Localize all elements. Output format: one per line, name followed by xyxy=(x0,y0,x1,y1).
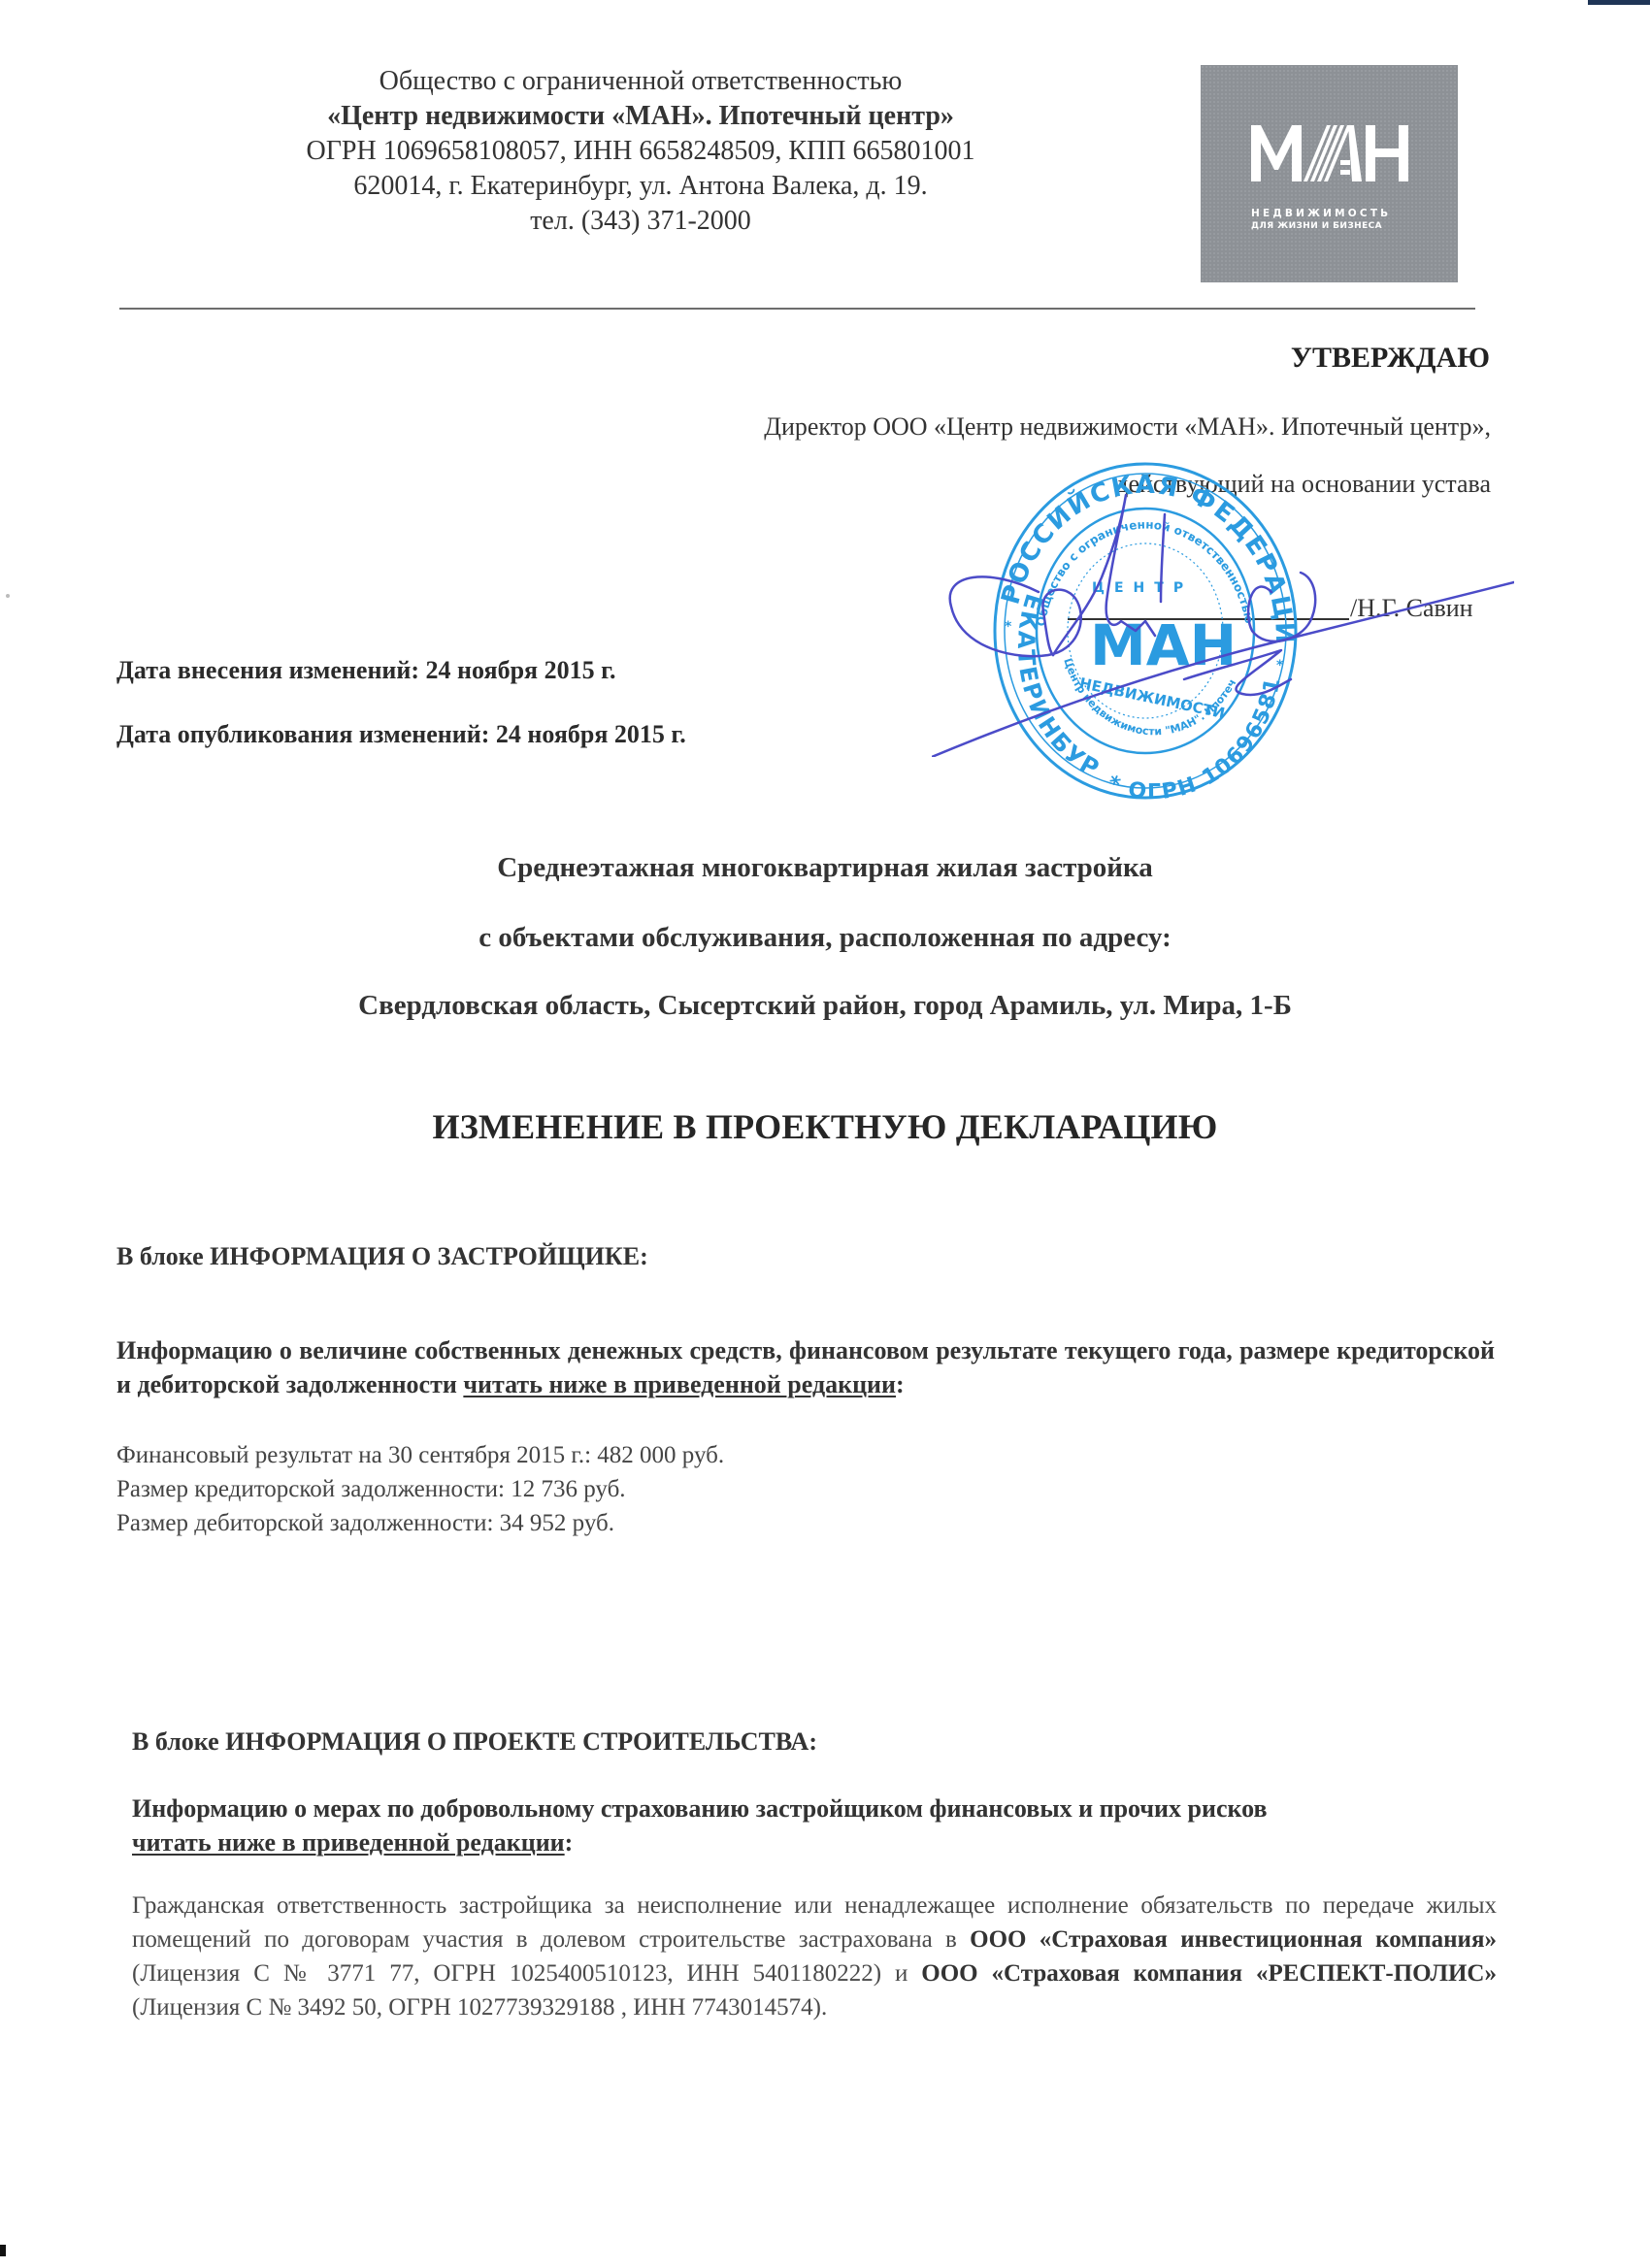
scan-edge-mark xyxy=(0,2245,6,2256)
accounts-receivable: Размер дебиторской задолженности: 34 952… xyxy=(116,1506,724,1540)
scan-edge-bar xyxy=(1588,0,1650,5)
org-name: «Центр недвижимости «МАН». Ипотечный цен… xyxy=(116,99,1165,134)
man-logo-icon xyxy=(1251,125,1408,181)
approver-basis: действующий на основании устава xyxy=(1115,470,1491,499)
insurance-paragraph: Гражданская ответственность застройщика … xyxy=(132,1889,1497,2024)
org-registration: ОГРН 1069658108057, ИНН 6658248509, КПП … xyxy=(116,134,1165,169)
intro-end: : xyxy=(896,1370,905,1398)
date-of-publication: Дата опубликования изменений: 24 ноября … xyxy=(116,720,686,749)
svg-text:НЕДВИЖИМОСТИ: НЕДВИЖИМОСТИ xyxy=(1078,674,1227,722)
signer-name: /Н.Г. Савин xyxy=(1350,594,1473,623)
insurer-2: ООО «Страховая компания «РЕСПЕКТ-ПОЛИС» xyxy=(921,1960,1497,1987)
svg-text:ЕКАТЕРИНБУРГ: ЕКАТЕРИНБУРГ xyxy=(946,446,1105,783)
section-project-intro: Информацию о мерах по добровольному стра… xyxy=(132,1791,1497,1859)
insurance-text-3: (Лицензия С № 3492 50, ОГРН 102773932918… xyxy=(132,1994,827,2021)
intro-underlined: читать ниже в приведенной редакции xyxy=(463,1370,896,1398)
section-project-heading: В блоке ИНФОРМАЦИЯ О ПРОЕКТЕ СТРОИТЕЛЬСТ… xyxy=(132,1727,817,1757)
intro-end: : xyxy=(565,1828,574,1857)
svg-text:Общество с ограниченной ответс: Общество с ограниченной ответственностью xyxy=(1034,518,1256,628)
intro-text: Информацию о мерах по добровольному стра… xyxy=(132,1794,1268,1823)
intro-underlined: читать ниже в приведенной редакции xyxy=(132,1828,565,1857)
signature-line xyxy=(1068,618,1349,620)
section-developer-intro: Информацию о величине собственных денежн… xyxy=(116,1333,1495,1401)
insurer-1: ООО «Страховая инвестиционная компания» xyxy=(970,1926,1497,1953)
svg-text:МАН: МАН xyxy=(1090,612,1237,678)
insurance-text-2: (Лицензия С № 3771 77, ОГРН 102540051012… xyxy=(132,1960,921,1987)
organization-header: Общество с ограниченной ответственностью… xyxy=(116,64,1165,239)
object-address: Свердловская область, Сысертский район, … xyxy=(0,990,1650,1022)
svg-text:*: * xyxy=(1276,658,1284,674)
svg-text:ЦЕНТР: ЦЕНТР xyxy=(1092,580,1193,596)
logo-tagline-1: НЕДВИЖИМОСТЬ xyxy=(1251,208,1411,219)
document-title: ИЗМЕНЕНИЕ В ПРОЕКТНУЮ ДЕКЛАРАЦИЮ xyxy=(0,1106,1650,1147)
org-legal-form: Общество с ограниченной ответственностью xyxy=(116,64,1165,99)
approval-title: УТВЕРЖДАЮ xyxy=(1291,342,1490,375)
approver-position: Директор ООО «Центр недвижимости «МАН». … xyxy=(764,412,1491,442)
date-of-changes: Дата внесения изменений: 24 ноября 2015 … xyxy=(116,656,616,685)
org-phone: тел. (343) 371-2000 xyxy=(116,204,1165,239)
company-seal-icon: РОССИЙСКАЯ ФЕДЕРАЦИЯ ЕКАТЕРИНБУРГ * ОГРН… xyxy=(946,446,1344,815)
svg-text:*: * xyxy=(1005,619,1012,635)
section-developer-heading: В блоке ИНФОРМАЦИЯ О ЗАСТРОЙЩИКЕ: xyxy=(116,1242,648,1271)
object-description-line-1: Среднеэтажная многоквартирная жилая заст… xyxy=(0,852,1650,884)
financial-info-list: Финансовый результат на 30 сентября 2015… xyxy=(116,1438,724,1540)
header-divider xyxy=(119,308,1475,310)
object-description-line-2: с объектами обслуживания, расположенная … xyxy=(0,922,1650,954)
company-logo: НЕДВИЖИМОСТЬ ДЛЯ ЖИЗНИ И БИЗНЕСА xyxy=(1201,65,1458,282)
financial-result: Финансовый результат на 30 сентября 2015… xyxy=(116,1438,724,1472)
accounts-payable: Размер кредиторской задолженности: 12 73… xyxy=(116,1472,724,1506)
logo-tagline-2: ДЛЯ ЖИЗНИ И БИЗНЕСА xyxy=(1251,221,1411,231)
org-address: 620014, г. Екатеринбург, ул. Антона Вале… xyxy=(116,169,1165,204)
svg-text:* ОГРН 1069658108057: * ОГРН 1069658108057 xyxy=(946,446,1286,805)
scan-speck xyxy=(6,594,10,598)
